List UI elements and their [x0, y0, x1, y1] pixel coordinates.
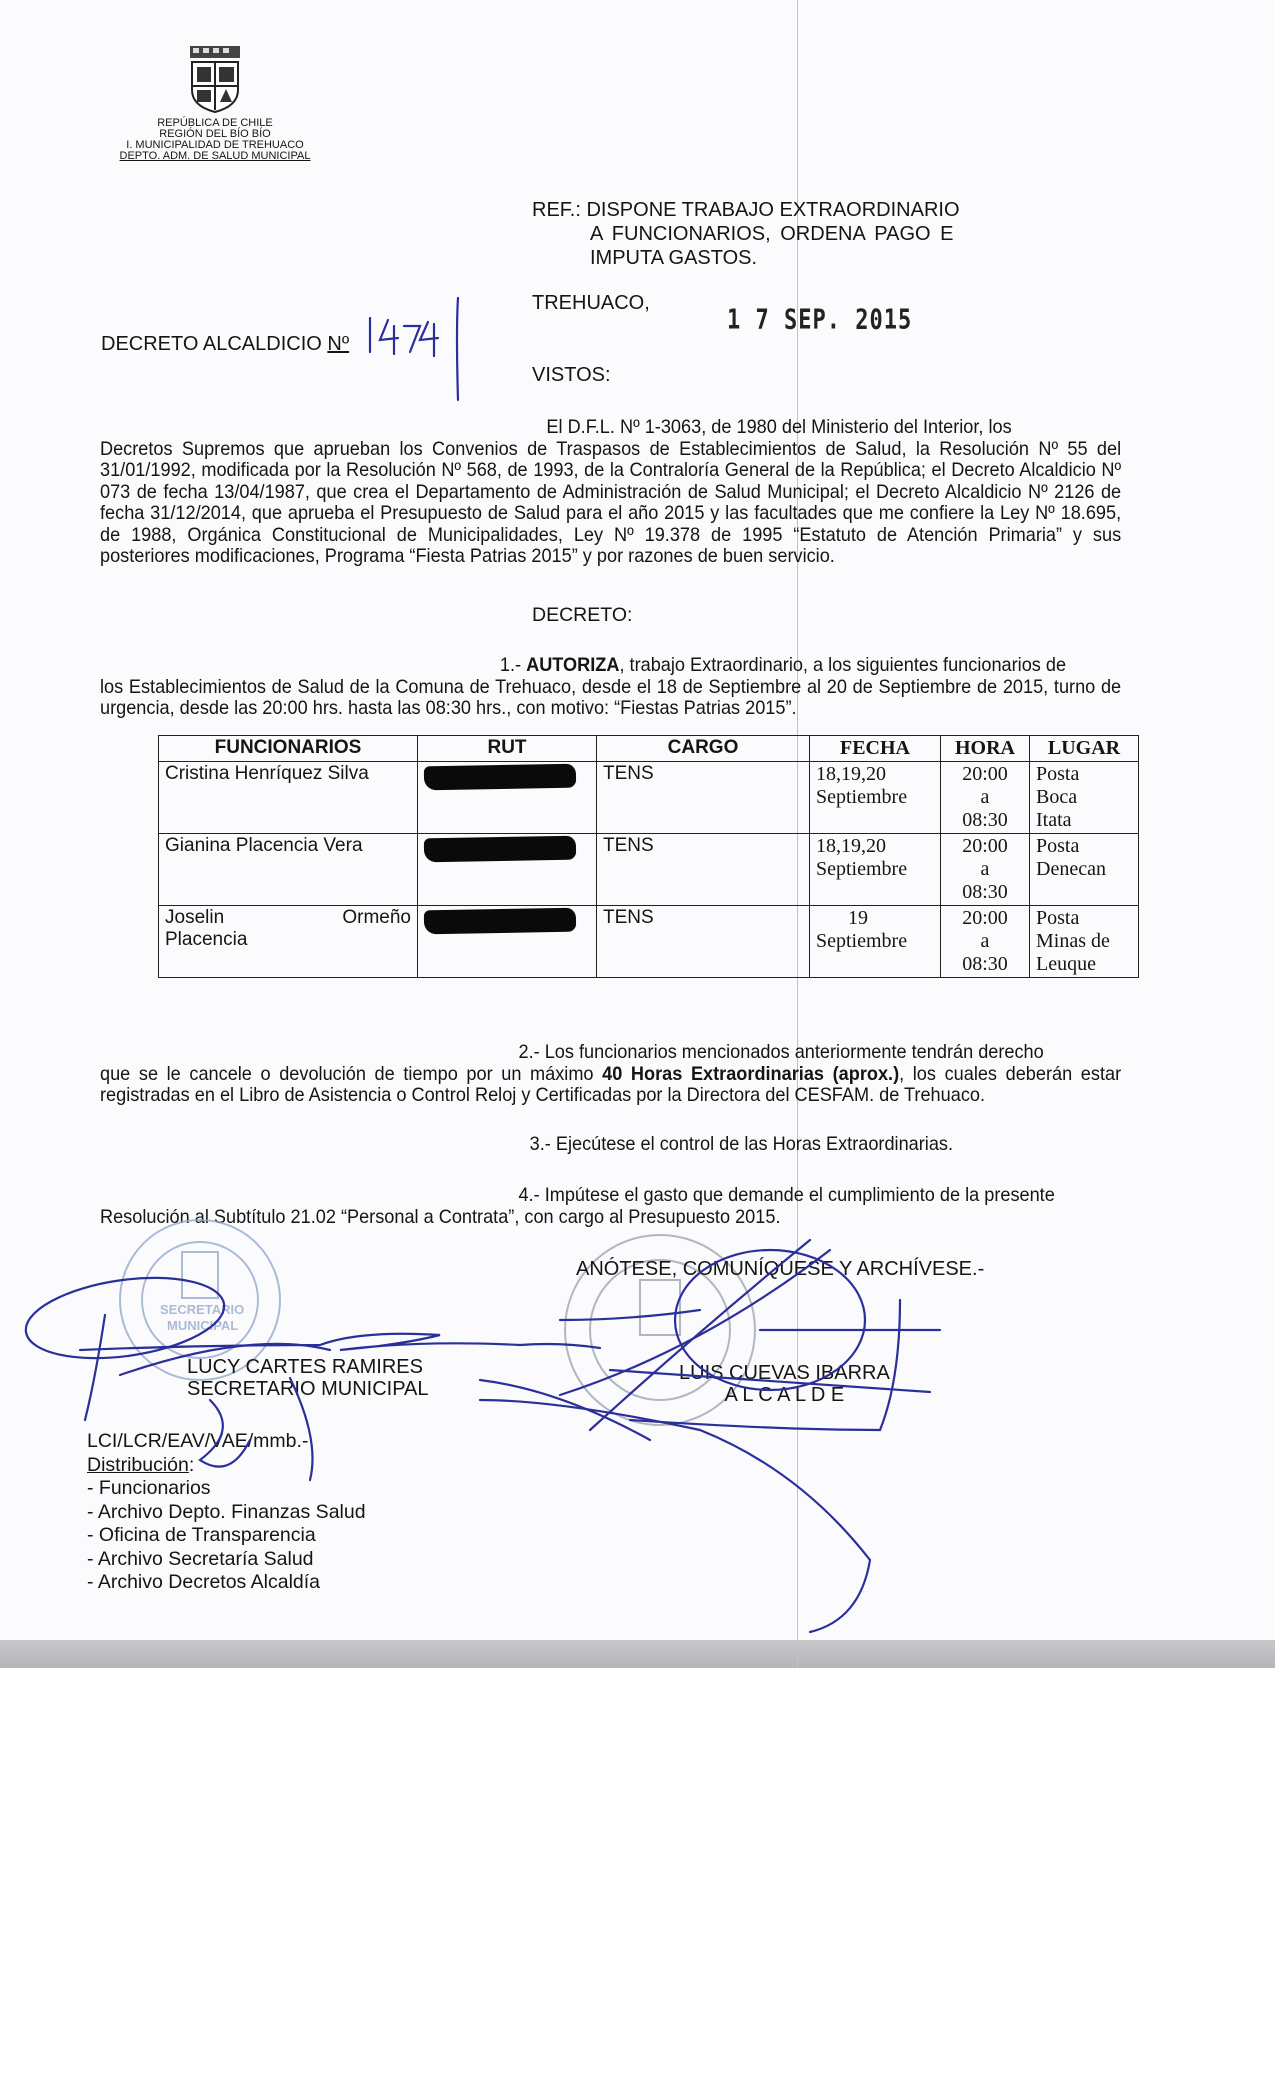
table-row: Gianina Placencia Vera TENS 18,19,20Sept…: [159, 834, 1139, 906]
item-2-text: que se le cancele o devolución de tiempo…: [100, 1063, 602, 1085]
mayor-name: LUIS CUEVAS IBARRA: [679, 1362, 890, 1384]
column-header: LUGAR: [1030, 736, 1139, 762]
item-number: 1.-: [500, 654, 521, 676]
cell-cargo: TENS: [597, 762, 810, 834]
secretary-title: SECRETARIO MUNICIPAL: [187, 1378, 429, 1400]
date-stamp: 1 7 SEP. 2015: [727, 305, 912, 336]
mayor-title: A L C A L D E: [679, 1384, 890, 1406]
secretary-name: LUCY CARTES RAMIRES: [187, 1356, 429, 1378]
cell-fecha: 18,19,20Septiembre: [810, 762, 941, 834]
column-header: RUT: [418, 736, 597, 762]
item-2-paragraph: 2.- Los funcionarios mencionados anterio…: [100, 1042, 1121, 1107]
decree-label: DECRETO ALCALDICIO: [101, 333, 322, 355]
secretary-signature-block: LUCY CARTES RAMIRES SECRETARIO MUNICIPAL: [187, 1356, 429, 1400]
distribution-item: - Archivo Decretos Alcaldía: [87, 1571, 366, 1595]
reference-line: DISPONE TRABAJO EXTRAORDINARIO: [586, 199, 959, 221]
cell-lugar: PostaBocaItata: [1030, 762, 1139, 834]
vistos-text: Decretos Supremos que aprueban los Conve…: [100, 438, 1121, 568]
vistos-first-line: El D.F.L. Nº 1-3063, de 1980 del Ministe…: [100, 417, 1121, 439]
redaction-mark: [424, 764, 576, 791]
closing-formula: ANÓTESE, COMUNÍQUESE Y ARCHÍVESE.-: [576, 1258, 984, 1280]
cell-lugar: PostaDenecan: [1030, 834, 1139, 906]
redaction-mark: [424, 836, 576, 863]
scan-edge-shadow: [0, 1640, 1275, 1668]
cell-hora: 20:00a08:30: [941, 834, 1030, 906]
column-header: CARGO: [597, 736, 810, 762]
distribution-item: - Funcionarios: [87, 1477, 366, 1501]
reference-line: IMPUTA GASTOS.: [532, 246, 960, 270]
cell-hora: 20:00a08:30: [941, 906, 1030, 978]
distribution-item: - Archivo Secretaría Salud: [87, 1548, 366, 1572]
place: TREHUACO,: [532, 292, 650, 315]
employees-table: FUNCIONARIOS RUT CARGO FECHA HORA LUGAR …: [158, 735, 1139, 978]
cell-cargo: TENS: [597, 834, 810, 906]
item-2-bold: 40 Horas Extraordinarias (aprox.): [602, 1063, 899, 1085]
table-header-row: FUNCIONARIOS RUT CARGO FECHA HORA LUGAR: [159, 736, 1139, 762]
item-1-verb: AUTORIZA: [526, 654, 619, 676]
cell-rut: [418, 762, 597, 834]
cell-rut: [418, 906, 597, 978]
cell-fecha: 18,19,20Septiembre: [810, 834, 941, 906]
number-label: Nº: [327, 333, 349, 355]
distribution-block: LCI/LCR/EAV/VAE/mmb.- Distribución: - Fu…: [87, 1430, 366, 1595]
item-1-paragraph: 1.- AUTORIZA, trabajo Extraordinario, a …: [100, 655, 1121, 720]
item-4-first: 4.- Impútese el gasto que demande el cum…: [100, 1185, 1121, 1207]
table-row: Cristina Henríquez Silva TENS 18,19,20Se…: [159, 762, 1139, 834]
cell-hora: 20:00a08:30: [941, 762, 1030, 834]
decreto-label: DECRETO:: [532, 604, 632, 627]
cell-name: Cristina Henríquez Silva: [159, 762, 418, 834]
item-4-text: Resolución al Subtítulo 21.02 “Personal …: [100, 1206, 780, 1228]
distribution-label: Distribución: [87, 1454, 189, 1476]
column-header: FECHA: [810, 736, 941, 762]
item-1-first: , trabajo Extraordinario, a los siguient…: [619, 654, 1066, 676]
item-2-first: 2.- Los funcionarios mencionados anterio…: [100, 1042, 1121, 1064]
mayor-signature-block: LUIS CUEVAS IBARRA A L C A L D E: [679, 1362, 890, 1406]
vistos-label: VISTOS:: [532, 364, 611, 387]
distribution-item: - Archivo Depto. Finanzas Salud: [87, 1501, 366, 1525]
reference-line: A FUNCIONARIOS, ORDENA PAGO E: [532, 222, 960, 246]
column-header: FUNCIONARIOS: [159, 736, 418, 762]
cell-name: Gianina Placencia Vera: [159, 834, 418, 906]
letterhead: REPÚBLICA DE CHILE REGIÓN DEL BÍO BÍO I.…: [100, 44, 330, 162]
table-row: JoselinOrmeño Placencia TENS 19Septiembr…: [159, 906, 1139, 978]
item-3-text: 3.- Ejecútese el control de las Horas Ex…: [100, 1133, 953, 1155]
distribution-item: - Oficina de Transparencia: [87, 1524, 366, 1548]
header-department: DEPTO. ADM. DE SALUD MUNICIPAL: [100, 151, 330, 162]
cell-lugar: PostaMinas deLeuque: [1030, 906, 1139, 978]
vistos-paragraph: El D.F.L. Nº 1-3063, de 1980 del Ministe…: [100, 417, 1121, 568]
cell-name: JoselinOrmeño Placencia: [159, 906, 418, 978]
cell-cargo: TENS: [597, 906, 810, 978]
redaction-mark: [424, 908, 576, 935]
item-3-paragraph: 3.- Ejecútese el control de las Horas Ex…: [100, 1134, 953, 1156]
cell-fecha: 19Septiembre: [810, 906, 941, 978]
item-1-text: los Establecimientos de Salud de la Comu…: [100, 676, 1121, 720]
municipal-coat-of-arms-icon: [184, 44, 246, 114]
item-4-paragraph: 4.- Impútese el gasto que demande el cum…: [100, 1185, 1121, 1228]
column-header: HORA: [941, 736, 1030, 762]
decree-number: DECRETO ALCALDICIO Nº: [101, 333, 349, 356]
cell-rut: [418, 834, 597, 906]
reference-block: REF.: DISPONE TRABAJO EXTRAORDINARIO A F…: [532, 198, 960, 270]
reference-label: REF.:: [532, 199, 581, 221]
initials: LCI/LCR/EAV/VAE/mmb.-: [87, 1430, 366, 1454]
